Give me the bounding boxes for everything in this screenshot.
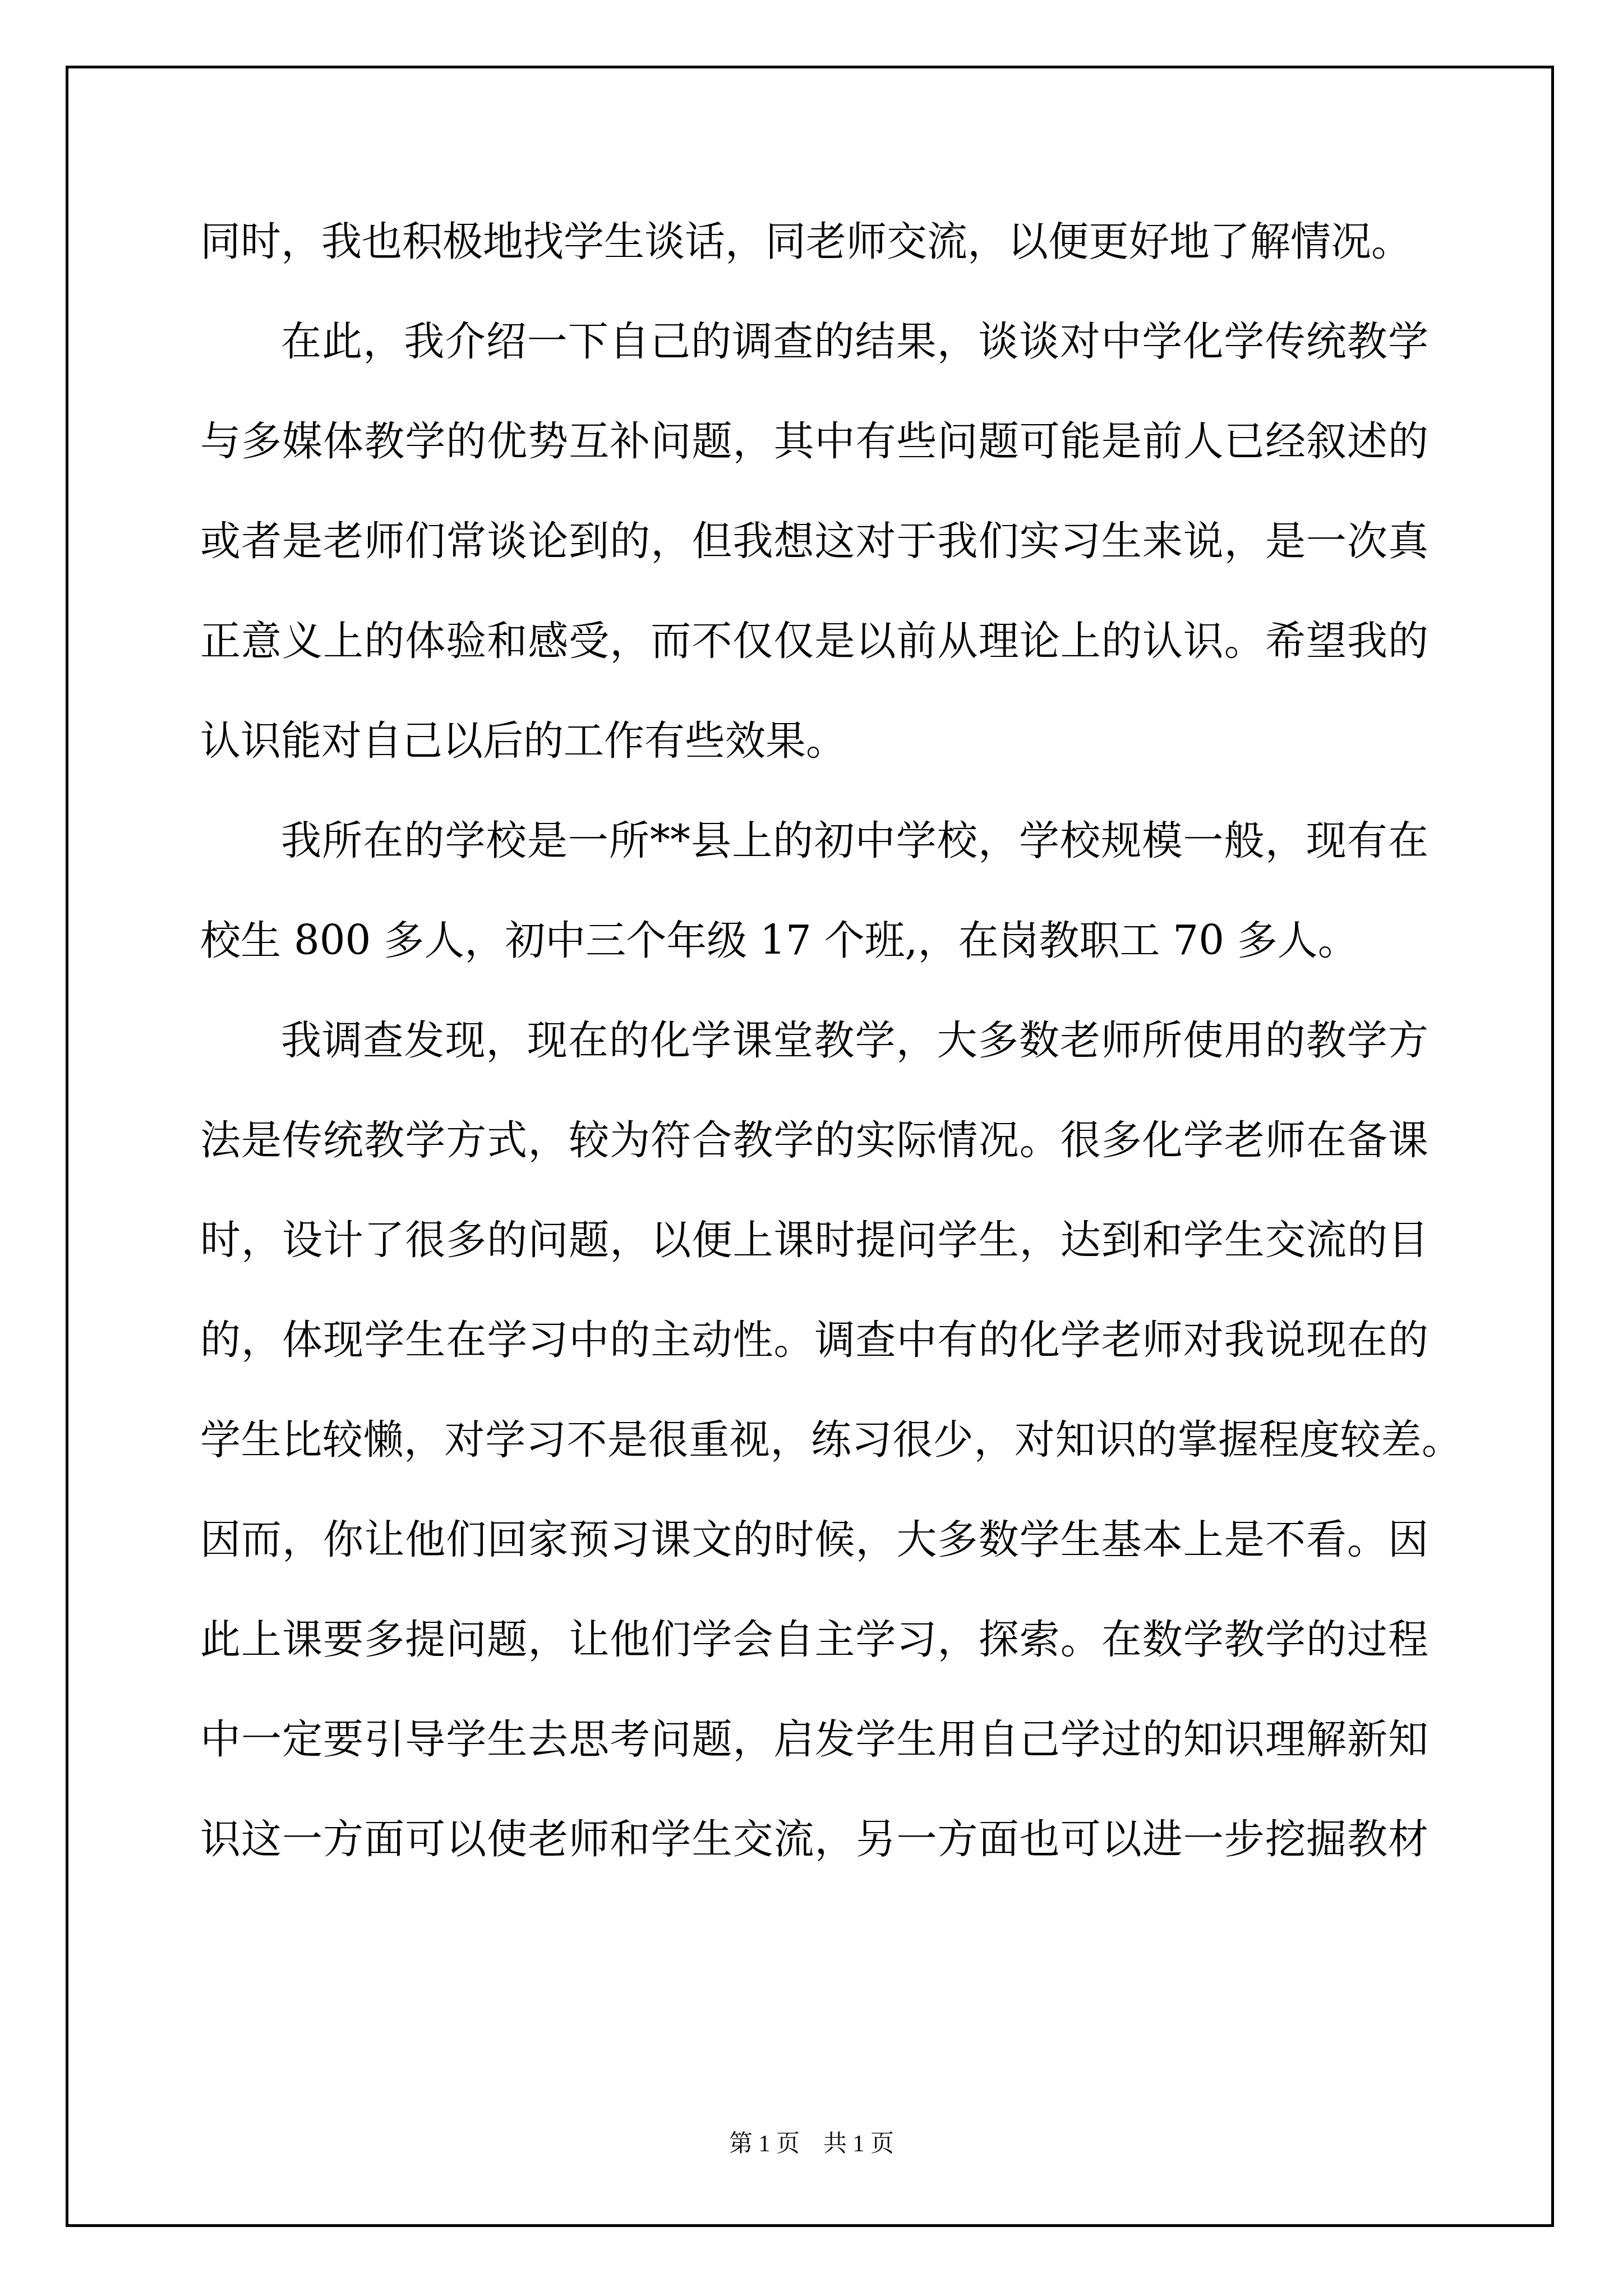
text-line-8: 校生 800 多人，初中三个年级 17 个班,，在岗教职工 70 多人。 [200, 912, 1358, 968]
text-line-6: 认识能对自己以后的工作有些效果。 [200, 712, 846, 769]
text-line-16: 中一定要引导学生去思考问题，启发学生用自己学过的知识理解新知 [200, 1711, 1428, 1767]
text-line-17: 识这一方面可以使老师和学生交流，另一方面也可以进一步挖掘教材 [200, 1811, 1428, 1867]
text-line-1: 同时，我也积极地找学生谈话，同老师交流，以便更好地了解情况。 [200, 213, 1412, 269]
text-line-11: 时，设计了很多的问题，以便上课时提问学生，达到和学生交流的目 [200, 1212, 1428, 1268]
text-line-14: 因而，你让他们回家预习课文的时候，大多数学生基本上是不看。因 [200, 1511, 1428, 1567]
text-line-13: 学生比较懒，对学习不是很重视，练习很少，对知识的掌握程度较差。 [200, 1411, 1462, 1467]
text-line-10: 法是传统教学方式，较为符合教学的实际情况。很多化学老师在备课 [200, 1112, 1428, 1168]
text-line-12: 的，体现学生在学习中的主动性。调查中有的化学老师对我说现在的 [200, 1312, 1428, 1368]
text-line-9: 我调查发现，现在的化学课堂教学，大多数老师所使用的教学方 [281, 1012, 1428, 1068]
text-line-3: 与多媒体教学的优势互补问题，其中有些问题可能是前人已经叙述的 [200, 413, 1428, 469]
text-line-7: 我所在的学校是一所**县上的初中学校，学校规模一般，现有在 [281, 812, 1428, 868]
text-line-2: 在此，我介绍一下自己的调查的结果，谈谈对中学化学传统教学 [281, 313, 1428, 369]
text-line-15: 此上课要多提问题，让他们学会自主学习，探索。在数学教学的过程 [200, 1611, 1428, 1667]
page-number-footer: 第 1 页 共 1 页 [0, 2130, 1623, 2158]
text-line-4: 或者是老师们常谈论到的，但我想这对于我们实习生来说，是一次真 [200, 513, 1428, 569]
text-line-5: 正意义上的体验和感受，而不仅仅是以前从理论上的认识。希望我的 [200, 613, 1428, 669]
